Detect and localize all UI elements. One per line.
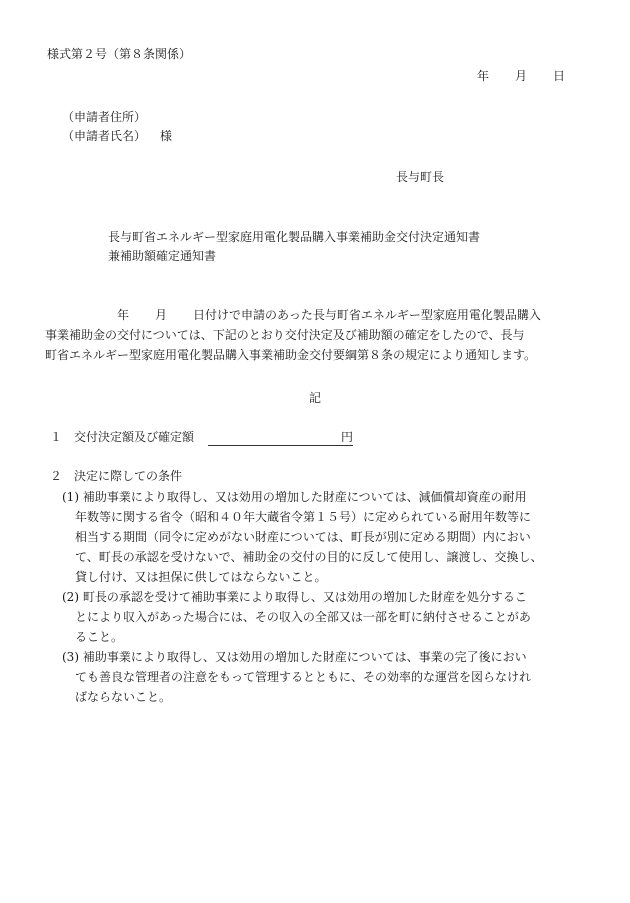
item1-row: １交付決定額及び確定額円 — [50, 428, 353, 447]
amount-field[interactable]: 円 — [208, 430, 353, 446]
condition-2-line3: ること。 — [62, 627, 592, 647]
condition-2-line2: とにより収入があった場合には、その収入の全部又は一部を町に納付させることがあ — [62, 607, 592, 627]
date-month: 月 — [515, 69, 527, 83]
condition-1-line3: 相当する期間（同令に定めがない財産については、町長が別に定める期間）内におい — [62, 527, 592, 547]
document-title-line2: 兼補助額確定通知書 — [108, 247, 216, 266]
condition-1-line4: て、町長の承認を受けないで、補助金の交付の目的に反して使用し、譲渡し、交換し、 — [62, 547, 592, 567]
condition-2: (2) 町長の承認を受けて補助事業により取得し、又は効用の増加した財産を処分する… — [62, 587, 592, 647]
intro-line3: 町省エネルギー型家庭用電化製品購入事業補助金交付要綱第８条の規定により通知します… — [45, 345, 592, 365]
condition-text: 補助事業により取得し、又は効用の増加した財産については、減価償却資産の耐用 — [83, 490, 527, 504]
condition-2-line1: (2) 町長の承認を受けて補助事業により取得し、又は効用の増加した財産を処分する… — [62, 587, 592, 607]
condition-1-line2: 年数等に関する省令（昭和４０年大蔵省令第１５号）に定められている耐用年数等に — [62, 507, 592, 527]
condition-3-number: (3) — [62, 650, 79, 664]
intro-paragraph: 年月日付けで申請のあった長与町省エネルギー型家庭用電化製品購入 事業補助金の交付… — [47, 305, 592, 365]
condition-3: (3) 補助事業により取得し、又は効用の増加した財産については、事業の完了後にお… — [62, 647, 592, 707]
intro-line2: 事業補助金の交付については、下記のとおり交付決定及び補助額の確定をしたので、長与 — [45, 325, 592, 345]
form-number: 様式第２号（第８条関係） — [47, 45, 191, 64]
issuer: 長与町長 — [396, 168, 444, 187]
intro-line1-text: 日付けで申請のあった長与町省エネルギー型家庭用電化製品購入 — [193, 308, 541, 322]
condition-1-line5: 貸し付け、又は担保に供してはならないこと。 — [62, 567, 592, 587]
item1-label: 交付決定額及び確定額 — [74, 430, 194, 444]
condition-3-line1: (3) 補助事業により取得し、又は効用の増加した財産については、事業の完了後にお… — [62, 647, 592, 667]
item2-label: 決定に際しての条件 — [74, 469, 182, 483]
date-year: 年 — [477, 69, 489, 83]
item2-number: ２ — [50, 469, 62, 483]
intro-year: 年 — [117, 308, 129, 322]
condition-1-number: (1) — [62, 490, 79, 504]
condition-3-line2: ても善良な管理者の注意をもって管理するとともに、その効率的な運営を図らなけれ — [62, 667, 592, 687]
condition-text: 町長の承認を受けて補助事業により取得し、又は効用の増加した財産を処分するこ — [83, 590, 527, 604]
recipient-name-label: （申請者氏名） — [62, 129, 146, 143]
recipient-address-label: （申請者住所） — [62, 108, 146, 127]
amount-unit: 円 — [341, 430, 353, 444]
ki-heading: 記 — [309, 389, 321, 408]
condition-1: (1) 補助事業により取得し、又は効用の増加した財産については、減価償却資産の耐… — [62, 487, 592, 587]
date-line: 年月日 — [477, 67, 565, 86]
item1-number: １ — [50, 430, 62, 444]
intro-month: 月 — [155, 308, 167, 322]
condition-text: 補助事業により取得し、又は効用の増加した財産については、事業の完了後におい — [83, 650, 527, 664]
recipient-name-line: （申請者氏名）様 — [62, 127, 172, 146]
item2-heading: ２決定に際しての条件 — [50, 467, 182, 486]
condition-1-line1: (1) 補助事業により取得し、又は効用の増加した財産については、減価償却資産の耐… — [62, 487, 592, 507]
intro-line1: 年月日付けで申請のあった長与町省エネルギー型家庭用電化製品購入 — [47, 305, 592, 325]
document-title-line1: 長与町省エネルギー型家庭用電化製品購入事業補助金交付決定通知書 — [108, 228, 480, 247]
condition-2-number: (2) — [62, 590, 79, 604]
date-day: 日 — [553, 69, 565, 83]
recipient-honorific: 様 — [160, 129, 172, 143]
condition-3-line3: ばならないこと。 — [62, 687, 592, 707]
